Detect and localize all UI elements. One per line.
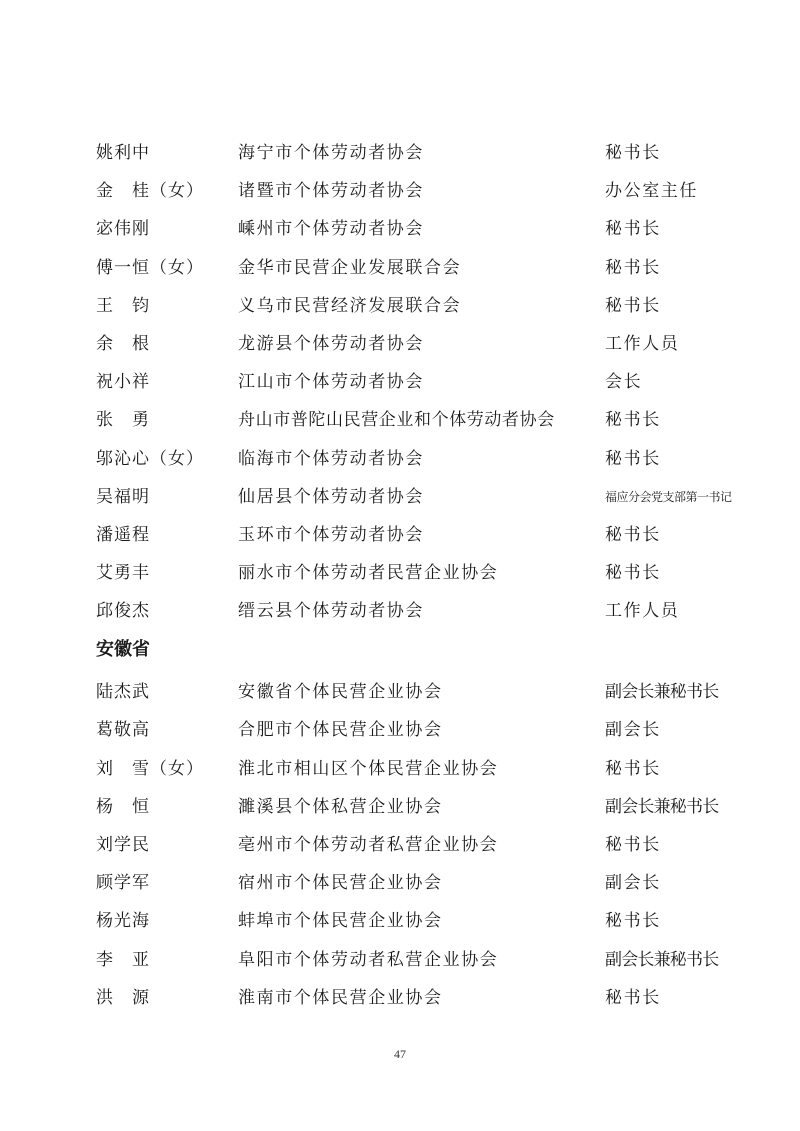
person-name: 张 勇	[96, 405, 150, 435]
organization: 濉溪县个体私营企业协会	[238, 792, 443, 822]
person-name: 邬沁心（女）	[96, 444, 204, 474]
person-name: 洪 源	[96, 983, 150, 1013]
list-item: 邱俊杰 缙云县个体劳动者协会 工作人员	[0, 596, 800, 626]
position-title: 办公室主任	[605, 176, 698, 206]
list-item: 宓伟刚 嵊州市个体劳动者协会 秘书长	[0, 214, 800, 244]
person-name: 潘遥程	[96, 520, 150, 550]
position-title: 秘书长	[605, 138, 661, 168]
organization: 金华市民营企业发展联合会	[238, 253, 461, 283]
position-title: 副会长兼秘书长	[605, 792, 718, 822]
list-item: 刘学民 亳州市个体劳动者私营企业协会 秘书长	[0, 830, 800, 860]
list-item: 陆杰武 安徽省个体民营企业协会 副会长兼秘书长	[0, 677, 800, 707]
document-page: 姚利中 海宁市个体劳动者协会 秘书长 金 桂（女） 诸暨市个体劳动者协会 办公室…	[0, 0, 800, 1131]
list-item: 吴福明 仙居县个体劳动者协会 福应分会党支部第一书记	[0, 482, 800, 512]
person-name: 金 桂（女）	[96, 176, 204, 206]
organization: 舟山市普陀山民营企业和个体劳动者协会	[238, 405, 555, 435]
organization: 亳州市个体劳动者私营企业协会	[238, 830, 498, 860]
position-title: 秘书长	[605, 906, 661, 936]
list-item: 刘 雪（女） 淮北市相山区个体民营企业协会 秘书长	[0, 754, 800, 784]
position-title: 副会长	[605, 868, 661, 898]
organization: 淮北市相山区个体民营企业协会	[238, 754, 498, 784]
person-name: 宓伟刚	[96, 214, 150, 244]
organization: 义乌市民营经济发展联合会	[238, 291, 461, 321]
page-number: 47	[0, 1047, 800, 1062]
list-item: 艾勇丰 丽水市个体劳动者民营企业协会 秘书长	[0, 558, 800, 588]
list-item: 李 亚 阜阳市个体劳动者私营企业协会 副会长兼秘书长	[0, 945, 800, 975]
organization: 淮南市个体民营企业协会	[238, 983, 443, 1013]
organization: 海宁市个体劳动者协会	[238, 138, 424, 168]
person-name: 余 根	[96, 329, 150, 359]
position-title: 秘书长	[605, 405, 661, 435]
list-item: 葛敬高 合肥市个体民营企业协会 副会长	[0, 715, 800, 745]
organization: 仙居县个体劳动者协会	[238, 482, 424, 512]
position-title: 副会长兼秘书长	[605, 677, 718, 707]
list-item: 姚利中 海宁市个体劳动者协会 秘书长	[0, 138, 800, 168]
organization: 缙云县个体劳动者协会	[238, 596, 424, 626]
person-name: 杨光海	[96, 906, 150, 936]
position-title: 秘书长	[605, 754, 661, 784]
person-name: 祝小祥	[96, 367, 150, 397]
position-title: 秘书长	[605, 983, 661, 1013]
position-title: 会长	[605, 367, 642, 397]
position-title: 秘书长	[605, 520, 661, 550]
position-title: 秘书长	[605, 214, 661, 244]
person-name: 杨 恒	[96, 792, 150, 822]
organization: 合肥市个体民营企业协会	[238, 715, 443, 745]
organization: 丽水市个体劳动者民营企业协会	[238, 558, 498, 588]
list-item: 潘遥程 玉环市个体劳动者协会 秘书长	[0, 520, 800, 550]
person-name: 葛敬高	[96, 715, 150, 745]
list-item: 祝小祥 江山市个体劳动者协会 会长	[0, 367, 800, 397]
person-name: 刘学民	[96, 830, 150, 860]
list-item: 傅一恒（女） 金华市民营企业发展联合会 秘书长	[0, 253, 800, 283]
person-name: 刘 雪（女）	[96, 754, 204, 784]
list-item: 张 勇 舟山市普陀山民营企业和个体劳动者协会 秘书长	[0, 405, 800, 435]
organization: 江山市个体劳动者协会	[238, 367, 424, 397]
list-item: 邬沁心（女） 临海市个体劳动者协会 秘书长	[0, 444, 800, 474]
organization: 嵊州市个体劳动者协会	[238, 214, 424, 244]
position-title: 副会长	[605, 715, 661, 745]
position-title: 秘书长	[605, 253, 661, 283]
position-title: 福应分会党支部第一书记	[605, 482, 732, 512]
organization: 阜阳市个体劳动者私营企业协会	[238, 945, 498, 975]
person-name: 姚利中	[96, 138, 150, 168]
organization: 诸暨市个体劳动者协会	[238, 176, 424, 206]
list-item: 余 根 龙游县个体劳动者协会 工作人员	[0, 329, 800, 359]
position-title: 秘书长	[605, 830, 661, 860]
list-item: 顾学军 宿州市个体民营企业协会 副会长	[0, 868, 800, 898]
position-title: 秘书长	[605, 558, 661, 588]
position-title: 秘书长	[605, 291, 661, 321]
list-item: 洪 源 淮南市个体民营企业协会 秘书长	[0, 983, 800, 1013]
organization: 安徽省个体民营企业协会	[238, 677, 443, 707]
organization: 龙游县个体劳动者协会	[238, 329, 424, 359]
person-name: 陆杰武	[96, 677, 150, 707]
person-name: 傅一恒（女）	[96, 253, 204, 283]
person-name: 李 亚	[96, 945, 150, 975]
list-item: 王 钧 义乌市民营经济发展联合会 秘书长	[0, 291, 800, 321]
person-name: 吴福明	[96, 482, 150, 512]
person-name: 王 钧	[96, 291, 150, 321]
organization: 玉环市个体劳动者协会	[238, 520, 424, 550]
list-item: 杨 恒 濉溪县个体私营企业协会 副会长兼秘书长	[0, 792, 800, 822]
list-item: 杨光海 蚌埠市个体民营企业协会 秘书长	[0, 906, 800, 936]
person-name: 顾学军	[96, 868, 150, 898]
province-heading: 安徽省	[96, 635, 150, 665]
organization: 临海市个体劳动者协会	[238, 444, 424, 474]
list-item: 金 桂（女） 诸暨市个体劳动者协会 办公室主任	[0, 176, 800, 206]
person-name: 邱俊杰	[96, 596, 150, 626]
position-title: 副会长兼秘书长	[605, 945, 718, 975]
position-title: 工作人员	[605, 329, 679, 359]
organization: 宿州市个体民营企业协会	[238, 868, 443, 898]
position-title: 工作人员	[605, 596, 679, 626]
position-title: 秘书长	[605, 444, 661, 474]
person-name: 艾勇丰	[96, 558, 150, 588]
organization: 蚌埠市个体民营企业协会	[238, 906, 443, 936]
